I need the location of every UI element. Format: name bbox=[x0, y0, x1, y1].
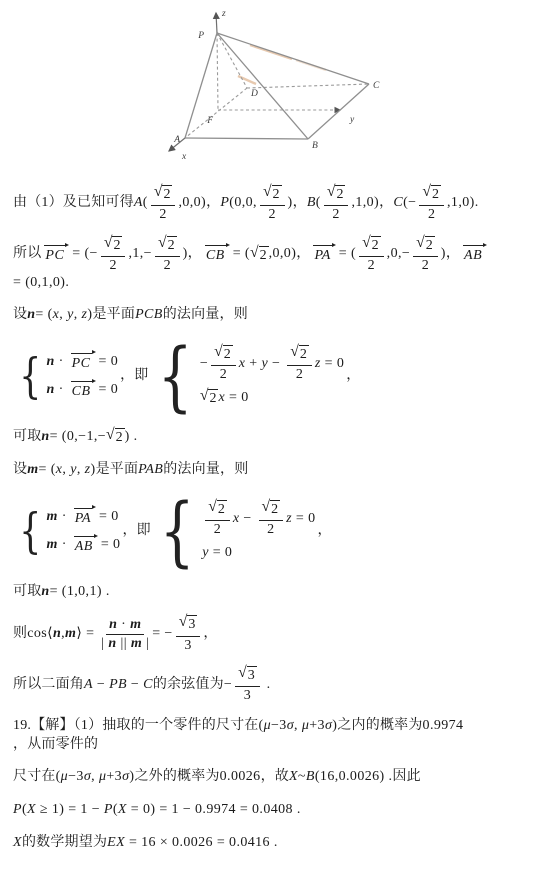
math-run: | bbox=[142, 636, 149, 651]
vector-overline: CB bbox=[204, 245, 229, 266]
fraction-numerator: √2 bbox=[151, 185, 176, 206]
math-run: 2 bbox=[267, 522, 274, 537]
text-run: ，从而零件的 bbox=[13, 736, 98, 755]
fraction: √33 bbox=[176, 615, 201, 653]
vector-symbol: m bbox=[47, 536, 58, 555]
math-variable: μ bbox=[302, 717, 309, 736]
axis-label-z: z bbox=[221, 9, 226, 19]
math-variable: X bbox=[118, 801, 127, 820]
math-run: (16,0.0026) . bbox=[315, 768, 393, 787]
fraction: √33 bbox=[235, 666, 260, 704]
vector-symbol: m bbox=[131, 636, 142, 651]
vertex-label-d: D bbox=[250, 89, 258, 99]
vector-overline: PC bbox=[43, 245, 68, 266]
fraction-denominator: 2 bbox=[164, 257, 171, 274]
radical: √2 bbox=[106, 428, 125, 446]
math-variable: x bbox=[56, 461, 63, 480]
math-run: . bbox=[263, 676, 271, 695]
vector-overline: PA bbox=[312, 245, 334, 266]
vector-symbol: n bbox=[108, 636, 116, 651]
text-run: 的法向量，则 bbox=[163, 461, 248, 480]
math-line: 则cos⟨n,m⟩ = n · m| n || m |= −√33， bbox=[13, 615, 536, 653]
math-variable: y bbox=[70, 461, 77, 480]
radical-sign: √ bbox=[106, 427, 115, 443]
math-run: = (0,1,0). bbox=[13, 274, 69, 293]
text-run: 尺寸在 bbox=[13, 768, 56, 787]
math-run: · bbox=[58, 508, 71, 527]
math-run: = 0 bbox=[225, 389, 249, 408]
radical: √2 bbox=[290, 345, 309, 363]
math-run: = 0 bbox=[99, 381, 119, 400]
math-line: {m · PA= 0m · AB= 0，即{√22x − √22z = 0y =… bbox=[13, 493, 536, 569]
radical-sign: √ bbox=[262, 499, 271, 515]
text-run: ，故 bbox=[261, 768, 289, 787]
math-run: , bbox=[294, 717, 302, 736]
fraction: √22 bbox=[205, 500, 230, 538]
radical-sign: √ bbox=[250, 245, 259, 261]
axis-label-y: y bbox=[349, 115, 355, 125]
text-run: 可取 bbox=[13, 583, 41, 602]
math-line: P(X ≥ 1) = 1 − P(X = 0) = 1 − 0.9974 = 0… bbox=[13, 801, 536, 821]
fraction: √22 bbox=[287, 345, 312, 383]
math-run: = ( bbox=[35, 306, 52, 325]
radical: √2 bbox=[416, 236, 435, 254]
math-run: − bbox=[268, 355, 284, 374]
radical-sign: √ bbox=[200, 388, 209, 404]
fraction-denominator: 2 bbox=[422, 257, 429, 274]
text-run: ，即 bbox=[120, 367, 148, 386]
math-run: 2 bbox=[214, 522, 221, 537]
system-equation: n · PC= 0 bbox=[47, 351, 119, 374]
radicand: 2 bbox=[335, 185, 345, 203]
math-run: 3 bbox=[184, 638, 191, 653]
solution-page: z P D C B A F x y 由（1）及已知可得A(√22,0,0)，P(… bbox=[0, 0, 542, 875]
fraction: √22 bbox=[324, 185, 349, 223]
fraction-numerator: n · m bbox=[106, 617, 144, 636]
math-variable: B bbox=[306, 768, 315, 787]
math-variable: σ bbox=[325, 717, 332, 736]
equation-system: {−√22x + y − √22z = 0√2x = 0 bbox=[151, 338, 345, 414]
radical: √2 bbox=[263, 185, 282, 203]
fraction-numerator: √2 bbox=[419, 185, 444, 206]
vector-symbol: m bbox=[130, 617, 141, 633]
math-variable: C bbox=[143, 676, 153, 695]
math-variable: A bbox=[134, 194, 143, 213]
text-run: 所以二面角 bbox=[13, 676, 84, 695]
math-run: 2 bbox=[368, 258, 375, 273]
math-run: ⟩ = bbox=[76, 625, 98, 644]
radicand: 2 bbox=[115, 428, 125, 446]
math-run: , bbox=[74, 306, 82, 325]
math-line: 所以二面角A − PB − C的余弦值为−√33 . bbox=[13, 666, 536, 704]
left-brace: { bbox=[160, 493, 195, 569]
fraction-numerator: √3 bbox=[235, 666, 260, 687]
math-line: 设n= (x, y, z)是平面PCB的法向量，则 bbox=[13, 305, 536, 325]
vector-symbol: n bbox=[109, 617, 117, 633]
math-variable: EX bbox=[107, 834, 125, 853]
math-variable: PAB bbox=[138, 461, 163, 480]
math-line: 可取n= (1,0,1) . bbox=[13, 582, 536, 602]
math-run: ,0,0) bbox=[269, 245, 297, 264]
math-variable: x bbox=[53, 306, 60, 325]
math-variable: σ bbox=[122, 768, 129, 787]
math-run: , bbox=[77, 461, 85, 480]
math-variable: y bbox=[202, 544, 209, 563]
math-run: − bbox=[239, 510, 255, 529]
math-run: ~ bbox=[298, 768, 306, 787]
radical-sign: √ bbox=[154, 184, 163, 200]
fraction: √22 bbox=[151, 185, 176, 223]
text-run: 可取 bbox=[13, 428, 41, 447]
system-equation: y = 0 bbox=[202, 544, 315, 563]
math-run: − bbox=[224, 676, 232, 695]
math-run: ( bbox=[316, 194, 321, 213]
math-run: = − bbox=[152, 625, 173, 644]
text-run: ， bbox=[203, 625, 217, 644]
math-variable: σ bbox=[84, 768, 91, 787]
radicand: 2 bbox=[299, 345, 309, 363]
math-run: − bbox=[93, 676, 109, 695]
text-run: ， bbox=[346, 367, 360, 386]
math-variable: y bbox=[67, 306, 74, 325]
math-variable: A bbox=[84, 676, 93, 695]
math-run: 2 bbox=[220, 367, 227, 382]
radicand: 2 bbox=[162, 185, 172, 203]
math-run: = 0 bbox=[99, 353, 119, 372]
math-line: 19.【解】（1）抽取的一个零件的尺寸在(μ−3σ, μ+3σ)之内的概率为0.… bbox=[13, 717, 536, 755]
math-variable: P bbox=[220, 194, 229, 213]
math-run: ,1,0). bbox=[447, 194, 479, 213]
system-equation: m · PA= 0 bbox=[47, 506, 121, 529]
fraction-denominator: 3 bbox=[244, 687, 251, 704]
math-variable: x bbox=[239, 355, 246, 374]
text-run: 设 bbox=[13, 306, 27, 325]
fraction: n · m| n || m | bbox=[101, 617, 149, 652]
radicand: 2 bbox=[223, 345, 233, 363]
fraction-denominator: 2 bbox=[332, 206, 339, 223]
math-run: 2 bbox=[296, 367, 303, 382]
radical: √2 bbox=[158, 236, 177, 254]
fraction-numerator: √2 bbox=[324, 185, 349, 206]
text-run: 设 bbox=[13, 461, 27, 480]
math-run: = 0 bbox=[292, 510, 316, 529]
math-run: ( bbox=[143, 194, 148, 213]
fraction-numerator: √2 bbox=[287, 345, 312, 366]
equation-system: {√22x − √22z = 0y = 0 bbox=[153, 493, 316, 569]
radical-sign: √ bbox=[422, 184, 431, 200]
math-run: +3 bbox=[106, 768, 122, 787]
math-run: ≥ 1) = 1 − bbox=[36, 801, 104, 820]
math-run: 2 bbox=[164, 258, 171, 273]
radicand: 2 bbox=[208, 389, 218, 407]
vector-symbol: m bbox=[47, 508, 58, 527]
system-equation: √2x = 0 bbox=[200, 389, 344, 408]
math-run: (− bbox=[403, 194, 416, 213]
radical: √2 bbox=[422, 185, 441, 203]
equation-system: {n · PC= 0n · CB= 0 bbox=[15, 351, 118, 403]
radical-sign: √ bbox=[158, 235, 167, 251]
vertex-label-p: P bbox=[197, 31, 204, 41]
fraction-denominator: 3 bbox=[184, 637, 191, 654]
radical: √3 bbox=[179, 615, 198, 633]
fraction: √22 bbox=[259, 500, 284, 538]
fraction-numerator: √2 bbox=[101, 236, 126, 257]
math-run: + bbox=[245, 355, 261, 374]
math-line: 设m= (x, y, z)是平面PAB的法向量，则 bbox=[13, 460, 536, 480]
system-rows: n · PC= 0n · CB= 0 bbox=[47, 351, 119, 403]
math-run: , bbox=[91, 768, 99, 787]
radical: √2 bbox=[208, 500, 227, 518]
text-run: 因此 bbox=[392, 768, 420, 787]
radicand: 2 bbox=[272, 185, 282, 203]
radical-sign: √ bbox=[362, 235, 371, 251]
math-run: (0,0, bbox=[229, 194, 257, 213]
fraction-denominator: | n || m | bbox=[101, 635, 149, 652]
radical-sign: √ bbox=[416, 235, 425, 251]
text-run: ， bbox=[446, 245, 460, 264]
math-run: ,1,− bbox=[128, 245, 152, 264]
fraction-denominator: 2 bbox=[296, 366, 303, 383]
math-run: = ( bbox=[39, 461, 56, 480]
fraction-denominator: 2 bbox=[267, 521, 274, 538]
system-equation: √22x − √22z = 0 bbox=[202, 500, 315, 538]
text-run: ， bbox=[206, 194, 220, 213]
system-rows: −√22x + y − √22z = 0√2x = 0 bbox=[200, 345, 344, 408]
math-line: 可取n= (0,−1,−√2) . bbox=[13, 427, 536, 447]
fraction-denominator: 2 bbox=[269, 206, 276, 223]
text-run: ， bbox=[188, 245, 202, 264]
math-line: X的数学期望为EX = 16 × 0.0026 = 0.0416 . bbox=[13, 834, 536, 854]
radical: √2 bbox=[250, 246, 269, 264]
math-run: 0.9974 bbox=[423, 717, 464, 736]
math-variable: x bbox=[233, 510, 240, 529]
math-variable: X bbox=[27, 801, 36, 820]
fraction-denominator: 2 bbox=[220, 366, 227, 383]
math-run: · bbox=[58, 536, 71, 555]
fraction-denominator: 2 bbox=[428, 206, 435, 223]
text-run: ， bbox=[379, 194, 393, 213]
text-run: 是平面 bbox=[96, 461, 139, 480]
radical-sign: √ bbox=[214, 344, 223, 360]
radicand: 2 bbox=[259, 246, 269, 264]
text-run: ，即 bbox=[122, 522, 150, 541]
math-run: 2 bbox=[422, 258, 429, 273]
math-run: = (− bbox=[72, 245, 98, 264]
fraction-numerator: √3 bbox=[176, 615, 201, 636]
radical: √2 bbox=[362, 236, 381, 254]
math-variable: PB bbox=[109, 676, 127, 695]
vertex-label-b: B bbox=[312, 141, 318, 151]
math-run: +3 bbox=[309, 717, 325, 736]
math-run: ,1,0) bbox=[351, 194, 379, 213]
foot-point-label: F bbox=[206, 116, 213, 126]
math-variable: μ bbox=[61, 768, 68, 787]
system-equation: n · CB= 0 bbox=[47, 379, 119, 402]
fraction: √22 bbox=[211, 345, 236, 383]
vector-overline: PA bbox=[73, 508, 95, 529]
math-run: = 16 × 0.0026 = 0.0416 . bbox=[125, 834, 278, 853]
radical: √2 bbox=[262, 500, 281, 518]
radicand: 2 bbox=[431, 185, 441, 203]
radical-sign: √ bbox=[208, 499, 217, 515]
math-run: · bbox=[55, 353, 68, 372]
math-run: ,0,0) bbox=[178, 194, 206, 213]
system-equation: m · AB= 0 bbox=[47, 534, 121, 557]
fraction: √22 bbox=[101, 236, 126, 274]
fraction-denominator: 2 bbox=[368, 257, 375, 274]
fraction-numerator: √2 bbox=[155, 236, 180, 257]
radical: √2 bbox=[214, 345, 233, 363]
fraction: √22 bbox=[155, 236, 180, 274]
vector-symbol: n bbox=[53, 625, 61, 644]
text-run: ， bbox=[293, 194, 307, 213]
vertex-label-c: C bbox=[373, 81, 380, 91]
radicand: 2 bbox=[217, 500, 227, 518]
left-brace: { bbox=[157, 338, 192, 414]
radicand: 2 bbox=[167, 236, 177, 254]
text-run: 由（1）及已知可得 bbox=[13, 194, 134, 213]
math-run: || bbox=[117, 636, 131, 651]
fraction-denominator: 2 bbox=[214, 521, 221, 538]
math-run: = (1,0,1) . bbox=[50, 583, 110, 602]
fraction-denominator: 2 bbox=[159, 206, 166, 223]
system-rows: √22x − √22z = 0y = 0 bbox=[202, 500, 315, 563]
math-variable: x bbox=[218, 389, 225, 408]
math-run: , bbox=[59, 306, 67, 325]
math-variable: μ bbox=[99, 768, 106, 787]
math-run: · bbox=[55, 381, 68, 400]
math-variable: μ bbox=[264, 717, 271, 736]
math-run: = 0 bbox=[99, 508, 119, 527]
fraction-numerator: √2 bbox=[359, 236, 384, 257]
radicand: 3 bbox=[187, 615, 197, 633]
math-run: ) . bbox=[125, 428, 138, 447]
geometry-figure: z P D C B A F x y bbox=[0, 0, 542, 170]
fraction-numerator: √2 bbox=[259, 500, 284, 521]
text-run: 的法向量，则 bbox=[163, 306, 248, 325]
math-run: = ( bbox=[233, 245, 250, 264]
vector-symbol: n bbox=[47, 381, 55, 400]
radicand: 2 bbox=[425, 236, 435, 254]
radical-sign: √ bbox=[238, 665, 247, 681]
fraction-numerator: √2 bbox=[205, 500, 230, 521]
vector-overline: AB bbox=[73, 536, 97, 557]
vector-overline: PC bbox=[70, 353, 95, 374]
radical-sign: √ bbox=[179, 614, 188, 630]
vector-symbol: n bbox=[41, 583, 49, 602]
radical-sign: √ bbox=[327, 184, 336, 200]
math-run: 3 bbox=[244, 688, 251, 703]
text-run: 是平面 bbox=[92, 306, 135, 325]
fraction: √22 bbox=[359, 236, 384, 274]
radical: √2 bbox=[154, 185, 173, 203]
math-run: 2 bbox=[332, 207, 339, 222]
math-run: cos⟨ bbox=[27, 625, 53, 644]
math-run: · bbox=[117, 617, 130, 633]
radical-sign: √ bbox=[104, 235, 113, 251]
math-variable: PCB bbox=[135, 306, 163, 325]
text-run: ， bbox=[318, 522, 332, 541]
math-line: 尺寸在(μ−3σ, μ+3σ)之外的概率为0.0026，故X~B(16,0.00… bbox=[13, 768, 536, 788]
math-variable: y bbox=[262, 355, 269, 374]
pyramid-diagram: z P D C B A F x y bbox=[0, 0, 542, 170]
fraction-numerator: √2 bbox=[211, 345, 236, 366]
math-run: 2 bbox=[269, 207, 276, 222]
math-variable: X bbox=[13, 834, 22, 853]
vector-symbol: m bbox=[65, 625, 76, 644]
text-run: 所以 bbox=[13, 245, 41, 264]
math-run: = 0 bbox=[321, 355, 345, 374]
math-variable: P bbox=[104, 801, 113, 820]
fraction: √22 bbox=[419, 185, 444, 223]
text-run: 之内的概率为 bbox=[337, 717, 422, 736]
fraction-numerator: √2 bbox=[260, 185, 285, 206]
text-run: 的数学期望为 bbox=[22, 834, 107, 853]
text-run: 则 bbox=[13, 625, 27, 644]
equation-system: {m · PA= 0m · AB= 0 bbox=[15, 506, 120, 558]
left-brace: { bbox=[19, 352, 41, 400]
math-run: = 0 bbox=[209, 544, 233, 563]
math-variable: X bbox=[289, 768, 298, 787]
vertex-label-a: A bbox=[173, 135, 180, 145]
left-brace: { bbox=[19, 507, 41, 555]
math-run: = ( bbox=[339, 245, 356, 264]
text-run: 的余弦值为 bbox=[153, 676, 224, 695]
radical-sign: √ bbox=[290, 344, 299, 360]
math-run: − bbox=[127, 676, 143, 695]
math-run: ,0,− bbox=[387, 245, 411, 264]
radical: √2 bbox=[327, 185, 346, 203]
vector-overline: AB bbox=[462, 245, 486, 266]
radical: √2 bbox=[104, 236, 123, 254]
radical: √3 bbox=[238, 666, 257, 684]
math-run: 0.0026 bbox=[220, 768, 261, 787]
radical: √2 bbox=[200, 389, 219, 407]
math-run: 2 bbox=[109, 258, 116, 273]
math-run: = 0) = 1 − 0.9974 = 0.0408 . bbox=[127, 801, 301, 820]
math-run: 2 bbox=[159, 207, 166, 222]
math-run: = (0,−1,− bbox=[50, 428, 106, 447]
math-run: − bbox=[200, 355, 208, 374]
vector-symbol: m bbox=[27, 461, 38, 480]
axis-label-x: x bbox=[181, 152, 187, 162]
math-run: −3 bbox=[271, 717, 287, 736]
vector-symbol: n bbox=[41, 428, 49, 447]
math-line: 由（1）及已知可得A(√22,0,0)，P(0,0,√22)，B(√22,1,0… bbox=[13, 185, 536, 223]
text-run: ， bbox=[296, 245, 310, 264]
math-run: 2 bbox=[428, 207, 435, 222]
radical-sign: √ bbox=[263, 184, 272, 200]
vector-symbol: n bbox=[47, 353, 55, 372]
fraction-denominator: 2 bbox=[109, 257, 116, 274]
math-variable: C bbox=[393, 194, 403, 213]
vector-overline: CB bbox=[70, 381, 95, 402]
text-run: 19.【解】（1）抽取的一个零件的尺寸在 bbox=[13, 717, 259, 736]
math-run: −3 bbox=[68, 768, 84, 787]
system-equation: −√22x + y − √22z = 0 bbox=[200, 345, 344, 383]
math-run: = 0 bbox=[101, 536, 121, 555]
vector-symbol: n bbox=[27, 306, 35, 325]
text-run: 之外的概率为 bbox=[134, 768, 219, 787]
radicand: 2 bbox=[270, 500, 280, 518]
solution-text: 由（1）及已知可得A(√22,0,0)，P(0,0,√22)，B(√22,1,0… bbox=[0, 170, 542, 875]
math-line: {n · PC= 0n · CB= 0，即{−√22x + y − √22z =… bbox=[13, 338, 536, 414]
math-line: 所以PC= (−√22,1,−√22)，CB= (√2,0,0)，PA= (√2… bbox=[13, 236, 536, 293]
fraction-numerator: √2 bbox=[413, 236, 438, 257]
axis-arrows bbox=[169, 13, 217, 151]
fraction: √22 bbox=[260, 185, 285, 223]
math-variable: σ bbox=[287, 717, 294, 736]
